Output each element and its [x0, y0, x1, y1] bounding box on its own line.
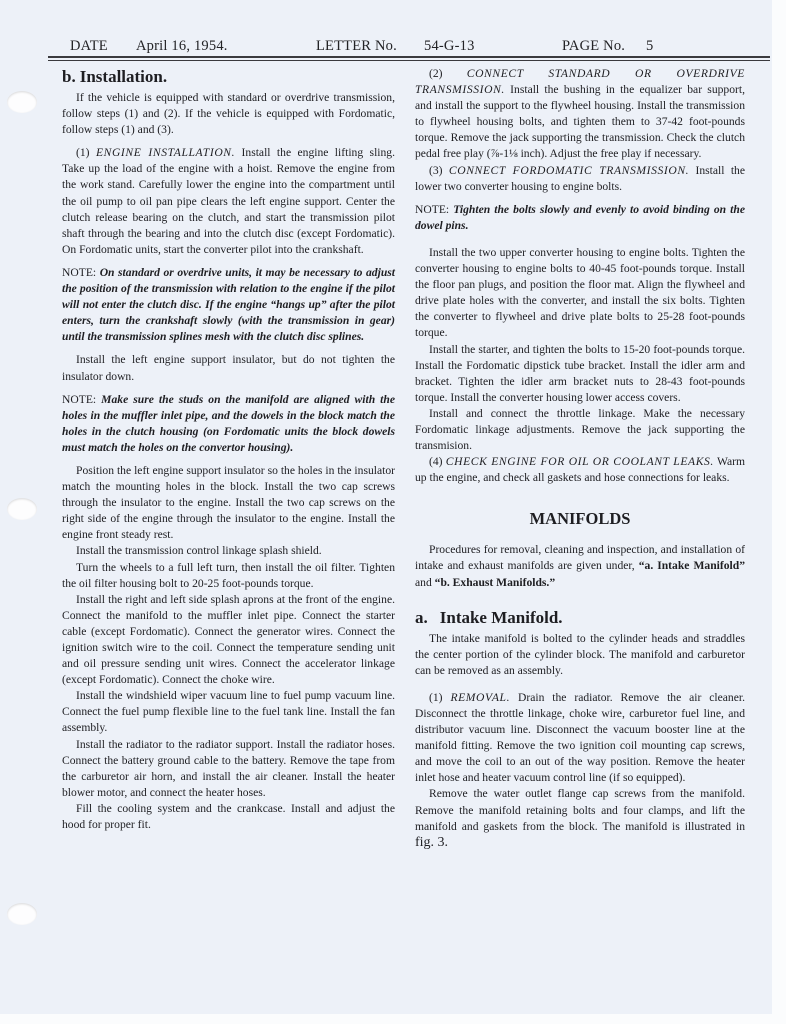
step-3-paragraph: (3) CONNECT FORDOMATIC TRANSMISSION. Ins… [415, 163, 745, 195]
paragraph: Install the starter, and tighten the bol… [415, 342, 745, 406]
figure-reference: fig. 3. [415, 835, 448, 850]
paragraph: Fill the cooling system and the crankcas… [62, 801, 395, 833]
section-heading-installation: b.Installation. [62, 66, 395, 88]
paragraph: If the vehicle is equipped with standard… [62, 90, 395, 138]
paragraph: Install the transmission control linkage… [62, 543, 395, 559]
cross-reference: “b. Exhaust Manifolds.” [435, 576, 555, 589]
letter-label: LETTER No. [316, 38, 397, 55]
paragraph: Install the two upper converter housing … [415, 245, 745, 342]
removal-paragraph: (1) REMOVAL. Drain the radiator. Remove … [415, 690, 745, 787]
paragraph: Turn the wheels to a full left turn, the… [62, 560, 395, 592]
paragraph: Install the windshield wiper vacuum line… [62, 688, 395, 736]
paragraph: Position the left engine support insulat… [62, 463, 395, 543]
binder-hole [7, 498, 37, 520]
note: NOTE: Make sure the studs on the manifol… [62, 392, 395, 456]
step-1-paragraph: (1) ENGINE INSTALLATION. Install the eng… [62, 145, 395, 258]
cross-reference: “a. Intake Manifold” [639, 559, 745, 572]
page-header: DATE April 16, 1954. LETTER No. 54-G-13 … [48, 36, 770, 56]
paragraph: Procedures for removal, cleaning and ins… [415, 542, 745, 590]
paragraph: Install the right and left side splash a… [62, 592, 395, 689]
paragraph: Install the radiator to the radiator sup… [62, 737, 395, 801]
page-label: PAGE No. [562, 38, 625, 55]
step-title: CHECK ENGINE FOR OIL OR COOLANT LEAKS. [446, 455, 714, 468]
note: NOTE: Tighten the bolts slowly and evenl… [415, 202, 745, 234]
date-label: DATE [70, 38, 108, 55]
step-2-paragraph: (2) CONNECT STANDARD OR OVERDRIVE TRANSM… [415, 66, 745, 163]
step-title: ENGINE INSTALLATION. [96, 146, 235, 159]
step-title: CONNECT FORDOMATIC TRANSMISSION. [449, 164, 689, 177]
binder-hole [7, 903, 37, 925]
step-title: REMOVAL. [450, 691, 510, 704]
paragraph: Install and connect the throttle linkage… [415, 406, 745, 454]
step-4-paragraph: (4) CHECK ENGINE FOR OIL OR COOLANT LEAK… [415, 454, 745, 486]
section-heading-intake-manifold: a.Intake Manifold. [415, 607, 745, 629]
note: NOTE: On standard or overdrive units, it… [62, 265, 395, 345]
header-rule [48, 56, 770, 58]
date-value: April 16, 1954. [136, 38, 228, 55]
paragraph: Remove the water outlet flange cap screw… [415, 786, 745, 850]
left-column: b.Installation. If the vehicle is equipp… [62, 66, 395, 833]
header-rule [48, 60, 770, 61]
page-number: 5 [646, 38, 653, 55]
paragraph: The intake manifold is bolted to the cyl… [415, 631, 745, 679]
right-column: (2) CONNECT STANDARD OR OVERDRIVE TRANSM… [415, 66, 745, 851]
paragraph: Install the left engine support insulato… [62, 352, 395, 384]
binder-hole [7, 91, 37, 113]
letter-number: 54-G-13 [424, 38, 475, 55]
section-heading-manifolds: MANIFOLDS [415, 508, 745, 530]
document-page: DATE April 16, 1954. LETTER No. 54-G-13 … [0, 0, 772, 1014]
